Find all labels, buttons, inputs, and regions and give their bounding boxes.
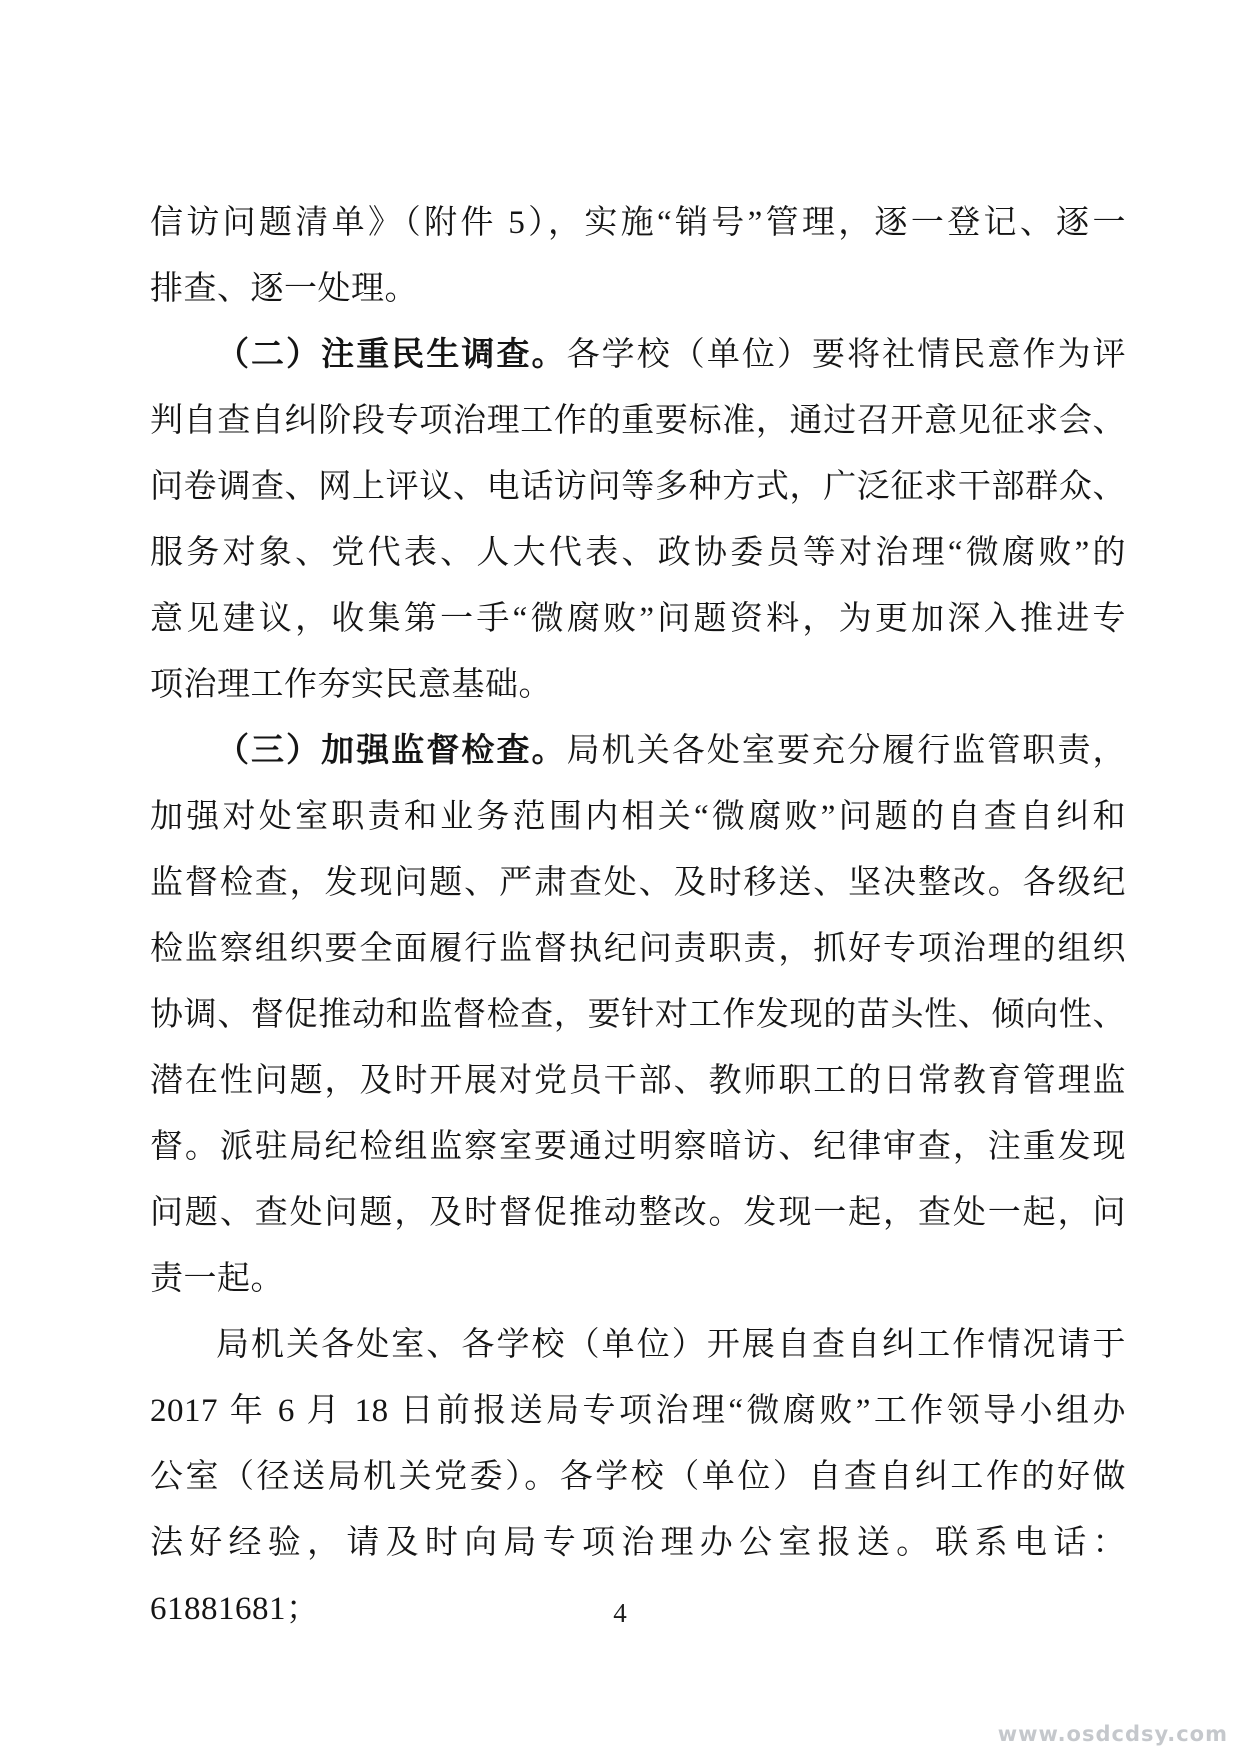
text-line: 公室（径送局机关党委）。各学校（单位）自查自纠工作的好做 [150,1444,1126,1510]
paragraph-text: 服务对象、党代表、人大代表、政协委员等对治理“微腐败”的 [150,535,1126,571]
text-line: 项治理工作夯实民意基础。 [150,652,1126,718]
paragraph-text: 问题、查处问题，及时督促推动整改。发现一起，查处一起，问 [150,1195,1126,1231]
paragraph-text: 检监察组织要全面履行监督执纪问责职责，抓好专项治理的组织 [150,931,1126,967]
text-line: 排查、逐一处理。 [150,256,1126,322]
paragraph-text: 公室（径送局机关党委）。各学校（单位）自查自纠工作的好做 [150,1459,1126,1495]
text-line: 检监察组织要全面履行监督执纪问责职责，抓好专项治理的组织 [150,916,1126,982]
paragraph-text: 协调、督促推动和监督检查，要针对工作发现的苗头性、倾向性、 [150,997,1126,1033]
text-line: 潜在性问题，及时开展对党员干部、教师职工的日常教育管理监 [150,1048,1126,1114]
text-line: 意见建议，收集第一手“微腐败”问题资料，为更加深入推进专 [150,586,1126,652]
text-line: 局机关各处室、各学校（单位）开展自查自纠工作情况请于 [150,1312,1126,1378]
text-line: 问卷调查、网上评议、电话访问等多种方式，广泛征求干部群众、 [150,454,1126,520]
paragraph-text: 局机关各处室要充分履行监管职责， [567,733,1126,769]
text-line: 2017 年 6 月 18 日前报送局专项治理“微腐败”工作领导小组办 [150,1378,1126,1444]
text-line: 加强对处室职责和业务范围内相关“微腐败”问题的自查自纠和 [150,784,1126,850]
paragraph-text: 意见建议，收集第一手“微腐败”问题资料，为更加深入推进专 [150,601,1126,637]
text-line: 问题、查处问题，及时督促推动整改。发现一起，查处一起，问 [150,1180,1126,1246]
paragraph-text: 2017 年 6 月 18 日前报送局专项治理“微腐败”工作领导小组办 [150,1393,1126,1429]
paragraph-text: 问卷调查、网上评议、电话访问等多种方式，广泛征求干部群众、 [150,469,1126,505]
paragraph-heading-text: （三）加强监督检查。 [216,733,567,769]
document-body: 信访问题清单》（附件 5），实施“销号”管理，逐一登记、逐一排查、逐一处理。（二… [150,190,1126,1576]
paragraph-text: 督。派驻局纪检组监察室要通过明察暗访、纪律审查，注重发现 [150,1129,1126,1165]
text-line: 判自查自纠阶段专项治理工作的重要标准，通过召开意见征求会、 [150,388,1126,454]
text-line: 监督检查，发现问题、严肃查处、及时移送、坚决整改。各级纪 [150,850,1126,916]
document-page: 信访问题清单》（附件 5），实施“销号”管理，逐一登记、逐一排查、逐一处理。（二… [0,0,1240,1754]
paragraph-text: 潜在性问题，及时开展对党员干部、教师职工的日常教育管理监 [150,1063,1126,1099]
paragraph-text: 责一起。 [150,1261,284,1297]
paragraph-text: 判自查自纠阶段专项治理工作的重要标准，通过召开意见征求会、 [150,403,1126,439]
paragraph-text: 项治理工作夯实民意基础。 [150,667,552,703]
text-line: 责一起。 [150,1246,1126,1312]
text-line: （二）注重民生调查。各学校（单位）要将社情民意作为评 [150,322,1126,388]
paragraph-text: 监督检查，发现问题、严肃查处、及时移送、坚决整改。各级纪 [150,865,1126,901]
site-watermark: www.osdcdsy.com [998,1722,1228,1746]
paragraph-text: 信访问题清单》（附件 5），实施“销号”管理，逐一登记、逐一 [150,205,1126,241]
page-number: 4 [0,1598,1240,1629]
paragraph-heading-text: （二）注重民生调查。 [216,337,567,373]
text-line: 法好经验，请及时向局专项治理办公室报送。联系电话：61881681； [150,1510,1126,1576]
text-line: 信访问题清单》（附件 5），实施“销号”管理，逐一登记、逐一 [150,190,1126,256]
paragraph-text: 排查、逐一处理。 [150,271,418,307]
paragraph-text: 各学校（单位）要将社情民意作为评 [567,337,1126,373]
paragraph-text: 加强对处室职责和业务范围内相关“微腐败”问题的自查自纠和 [150,799,1126,835]
text-line: 服务对象、党代表、人大代表、政协委员等对治理“微腐败”的 [150,520,1126,586]
text-line: 协调、督促推动和监督检查，要针对工作发现的苗头性、倾向性、 [150,982,1126,1048]
text-line: （三）加强监督检查。局机关各处室要充分履行监管职责， [150,718,1126,784]
paragraph-text: 局机关各处室、各学校（单位）开展自查自纠工作情况请于 [216,1327,1126,1363]
text-line: 督。派驻局纪检组监察室要通过明察暗访、纪律审查，注重发现 [150,1114,1126,1180]
